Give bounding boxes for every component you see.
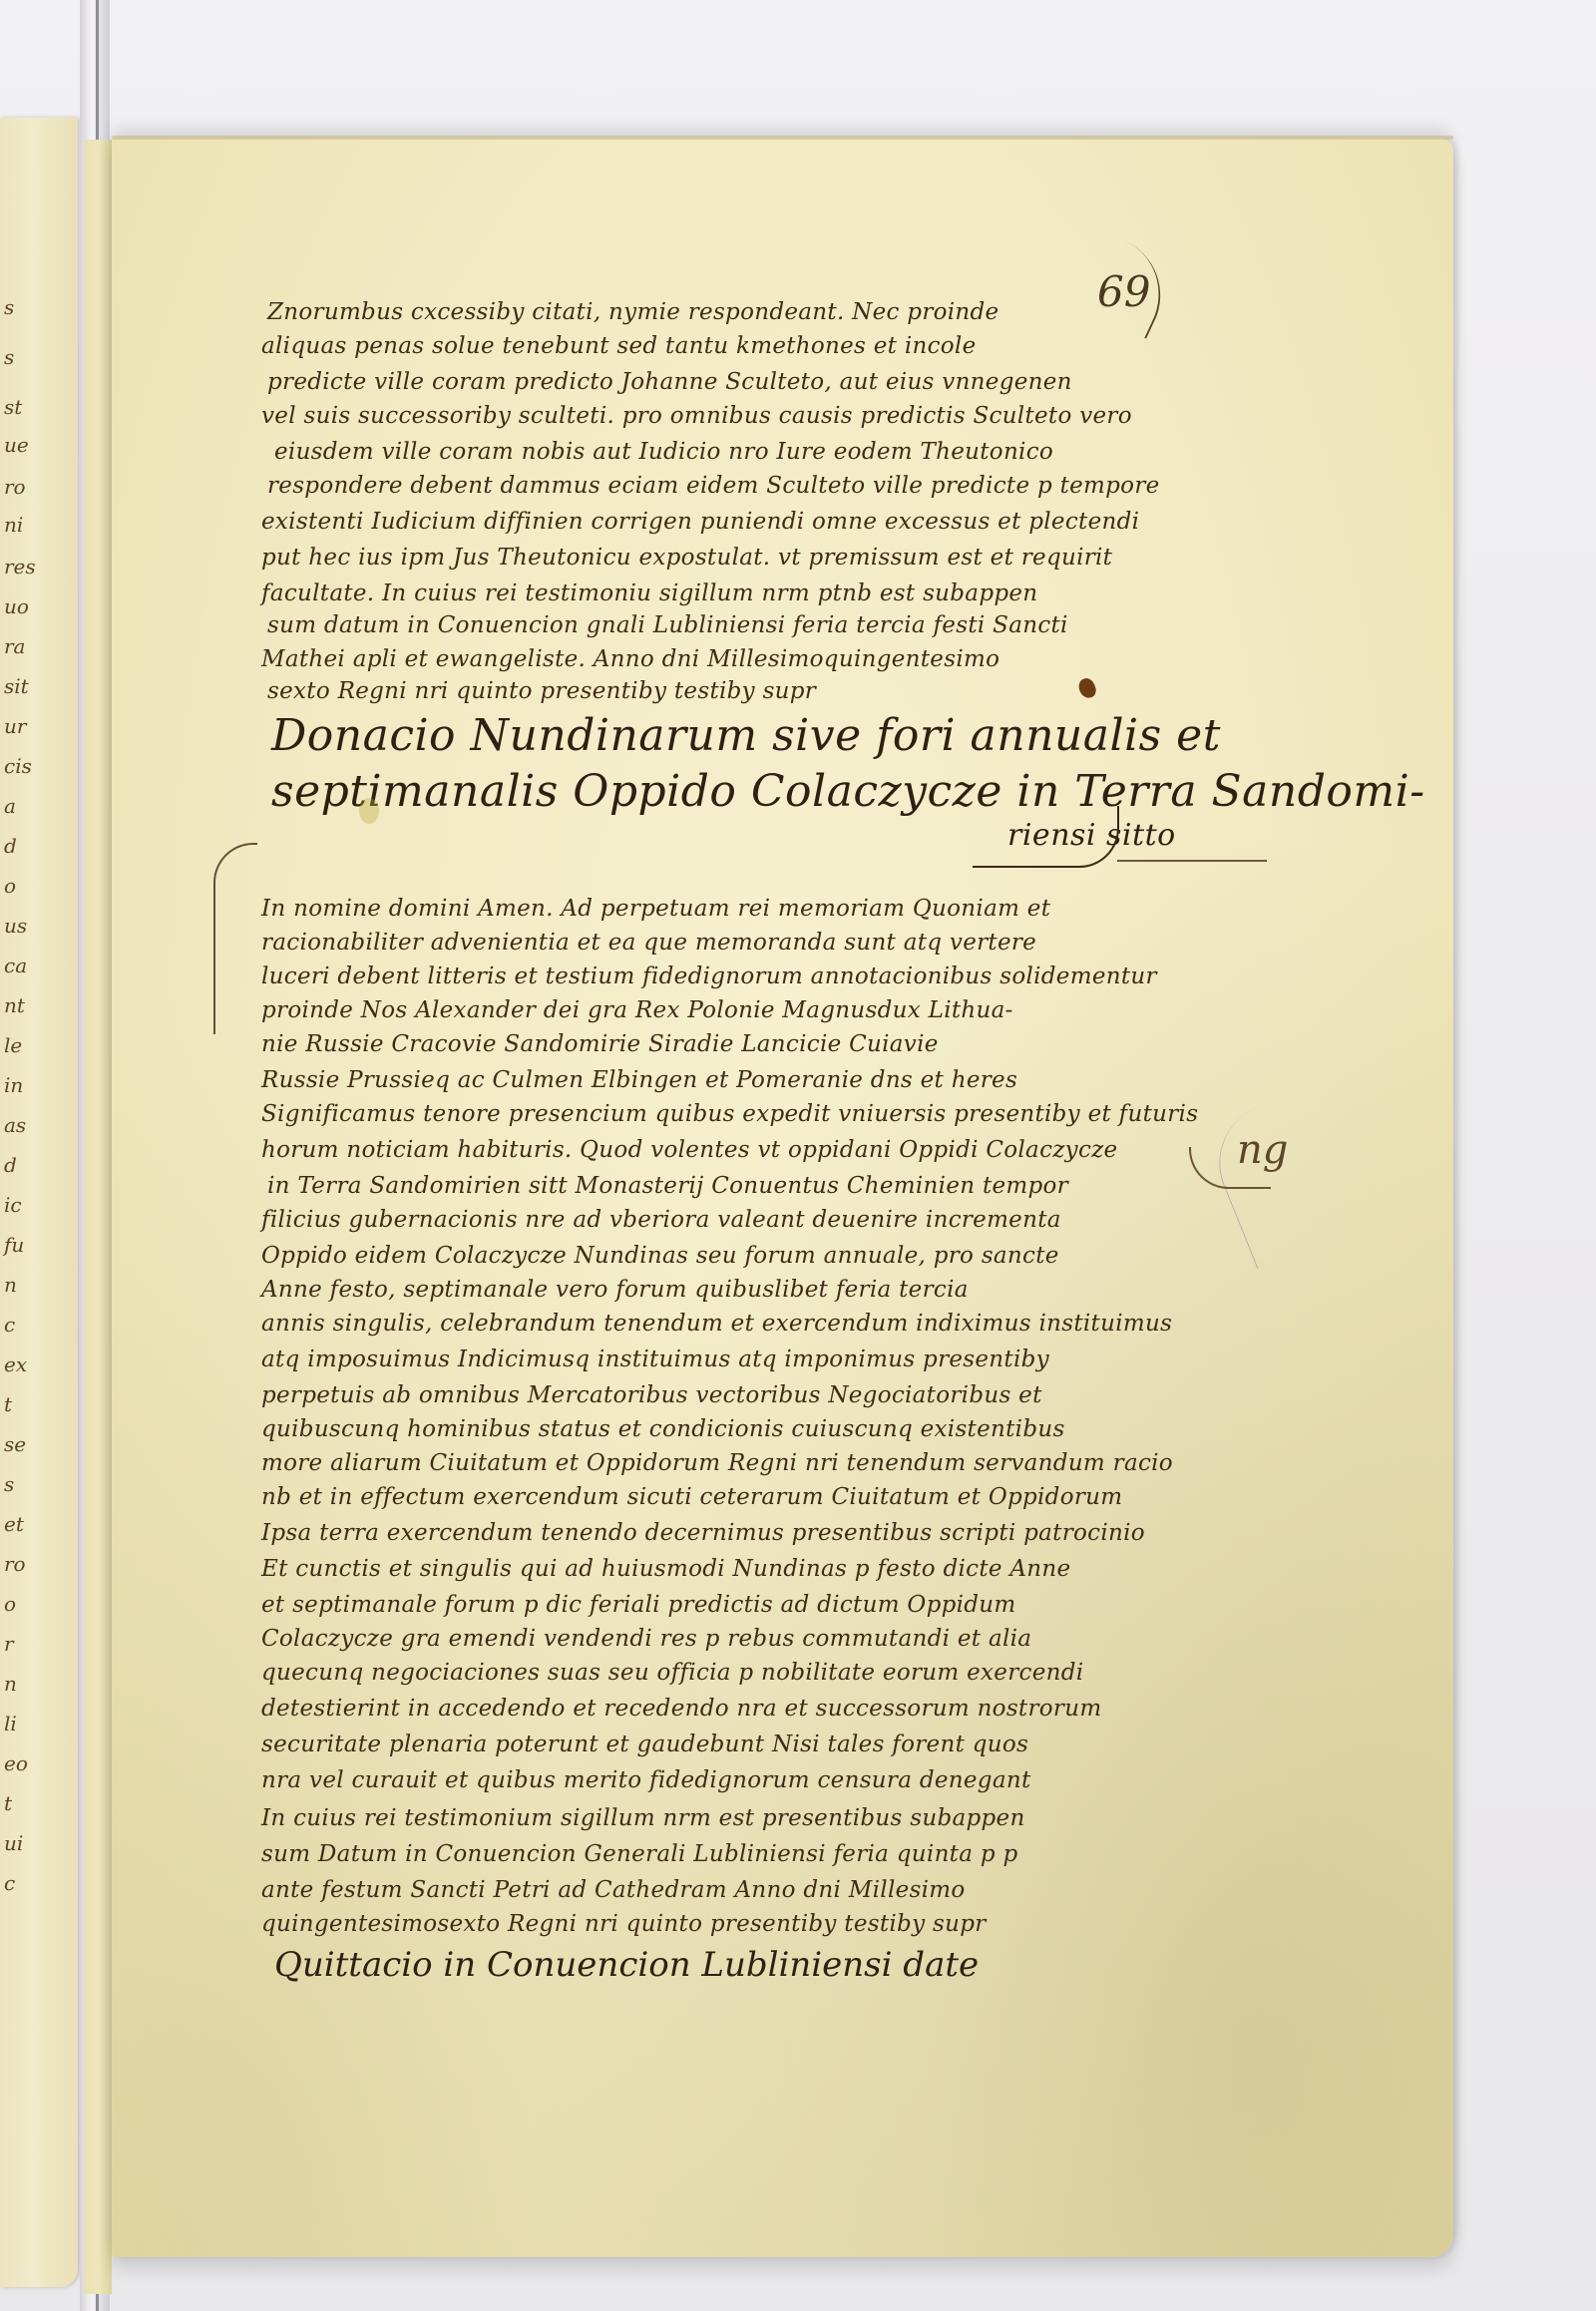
left-page-fragment: s — [4, 297, 14, 317]
left-page-fragment: ra — [4, 636, 25, 656]
text-line: securitate plenaria poterunt et gaudebun… — [261, 1732, 1028, 1757]
paragraph-bracket — [213, 843, 257, 1034]
left-page-fragment: nt — [4, 995, 25, 1015]
left-page-fragment: d — [4, 836, 17, 856]
text-line: predicte ville coram predicto Johanne Sc… — [267, 369, 1072, 395]
facing-left-page: s s st ue ro ni res uo ra sit ur cis a d… — [0, 118, 78, 2287]
entry-heading-line-1: Donacio Nundinarum sive fori annualis et — [271, 710, 1221, 761]
left-page-fragment: ro — [4, 477, 26, 497]
text-line: Et cunctis et singulis qui ad huiusmodi … — [261, 1556, 1070, 1582]
text-line: filicius gubernacionis nre ad vberiora v… — [261, 1207, 1061, 1233]
left-page-fragment: ui — [4, 1833, 23, 1853]
left-page-fragment: d — [4, 1155, 17, 1175]
left-page-fragment: r — [4, 1634, 14, 1654]
left-page-fragment: se — [4, 1434, 26, 1454]
left-page-fragment: ex — [4, 1354, 27, 1374]
text-line: vel suis successoriby sculteti. pro omni… — [261, 403, 1132, 429]
left-page-fragment: et — [4, 1514, 24, 1534]
left-page-fragment: s — [4, 347, 14, 367]
quittance-heading: Quittacio in Conuencion Lubliniensi date — [274, 1945, 979, 1985]
text-line: Mathei apli et ewangeliste. Anno dni Mil… — [261, 646, 999, 672]
left-page-fragment: sit — [4, 676, 29, 696]
heading-bracket — [973, 806, 1119, 868]
text-line: In cuius rei testimonium sigillum nrm es… — [261, 1805, 1025, 1831]
text-line: quibuscunq hominibus status et condicion… — [261, 1416, 1065, 1442]
text-line: Colaczycze gra emendi vendendi res p reb… — [261, 1626, 1031, 1652]
text-line: atq imposuimus Indicimusq instituimus at… — [261, 1347, 1049, 1372]
text-line: aliquas penas solue tenebunt sed tantu k… — [261, 333, 977, 359]
text-line: nra vel curauit et quibus merito fidedig… — [261, 1767, 1031, 1793]
left-page-fragment: ro — [4, 1554, 26, 1574]
left-page-fragment: ur — [4, 716, 26, 736]
text-line: detestierint in accedendo et recedendo n… — [261, 1696, 1101, 1722]
text-line: quecunq negociaciones suas seu officia p… — [261, 1660, 1083, 1686]
text-line: et septimanale forum p dic feriali predi… — [261, 1592, 1016, 1618]
text-line: Ipsa terra exercendum tenendo decernimus… — [261, 1520, 1145, 1546]
text-line: racionabiliter advenientia et ea que mem… — [261, 930, 1036, 956]
left-page-fragment: us — [4, 916, 27, 936]
left-page-fragment: ue — [4, 435, 29, 455]
left-page-fragment: eo — [4, 1753, 28, 1773]
text-line: more aliarum Ciuitatum et Oppidorum Regn… — [261, 1450, 1173, 1476]
text-line: Oppido eidem Colaczycze Nundinas seu for… — [261, 1243, 1059, 1269]
heading-rule — [1117, 860, 1267, 862]
left-page-fragment: o — [4, 1594, 16, 1614]
left-page-fragment: ca — [4, 956, 27, 975]
left-page-fragment: ni — [4, 515, 23, 535]
text-line: Znorumbus cxcessiby citati, nymie respon… — [267, 299, 998, 325]
left-page-fragment: t — [4, 1793, 12, 1813]
left-page-fragment: fu — [4, 1235, 24, 1255]
gutter-parchment-strip — [84, 140, 112, 2294]
text-line: Significamus tenore presencium quibus ex… — [261, 1101, 1198, 1127]
left-page-fragment: s — [4, 1474, 14, 1494]
left-page-fragment: t — [4, 1394, 12, 1414]
text-line: sexto Regni nri quinto presentiby testib… — [267, 678, 816, 704]
left-page-fragment: in — [4, 1075, 23, 1095]
margin-annotation: ng — [1237, 1127, 1288, 1173]
text-line: perpetuis ab omnibus Mercatoribus vector… — [261, 1382, 1042, 1408]
text-line: sum datum in Conuencion gnali Lubliniens… — [267, 612, 1068, 638]
text-line: quingentesimosexto Regni nri quinto pres… — [261, 1911, 987, 1937]
text-line: facultate. In cuius rei testimoniu sigil… — [261, 580, 1037, 606]
text-line: existenti Iudicium diffinien corrigen pu… — [261, 509, 1139, 535]
entry-heading-line-2: septimanalis Oppido Colaczycze in Terra … — [271, 766, 1425, 817]
text-line: in Terra Sandomirien sitt Monasterij Con… — [267, 1173, 1068, 1199]
left-page-fragment: c — [4, 1873, 15, 1893]
text-line: respondere debent dammus eciam eidem Scu… — [267, 473, 1160, 499]
left-page-fragment: uo — [4, 596, 29, 616]
left-page-fragment: n — [4, 1674, 17, 1694]
page-top-edge — [112, 136, 1453, 140]
text-line: nb et in effectum exercendum sicuti cete… — [261, 1484, 1122, 1510]
text-line: eiusdem ville coram nobis aut Iudicio nr… — [274, 439, 1053, 465]
left-page-fragment: st — [4, 397, 22, 417]
left-page-fragment: n — [4, 1275, 17, 1295]
left-page-fragment: o — [4, 876, 16, 896]
left-page-fragment: li — [4, 1714, 17, 1733]
folio-number: 69 — [1097, 267, 1150, 316]
text-line: proinde Nos Alexander dei gra Rex Poloni… — [261, 997, 1013, 1023]
text-line: In nomine domini Amen. Ad perpetuam rei … — [261, 896, 1050, 922]
text-line: luceri debent litteris et testium fidedi… — [261, 963, 1157, 989]
text-line: put hec ius ipm Jus Theutonicu expostula… — [261, 545, 1112, 571]
text-line: sum Datum in Conuencion Generali Lublini… — [261, 1841, 1018, 1867]
text-line: nie Russie Cracovie Sandomirie Siradie L… — [261, 1031, 939, 1057]
left-page-fragment: as — [4, 1115, 26, 1135]
text-line: horum noticiam habituris. Quod volentes … — [261, 1137, 1117, 1163]
text-line: Russie Prussieq ac Culmen Elbingen et Po… — [261, 1067, 1017, 1093]
left-page-fragment: ic — [4, 1195, 22, 1215]
text-line: ante festum Sancti Petri ad Cathedram An… — [261, 1877, 966, 1903]
left-page-fragment: cis — [4, 756, 32, 776]
left-page-fragment: le — [4, 1035, 22, 1055]
text-line: Anne festo, septimanale vero forum quibu… — [261, 1277, 969, 1303]
left-page-fragment: a — [4, 796, 16, 816]
left-page-fragment: c — [4, 1315, 15, 1335]
parchment-stain — [359, 798, 379, 824]
left-page-fragment: res — [4, 557, 36, 577]
text-line: annis singulis, celebrandum tenendum et … — [261, 1311, 1172, 1337]
